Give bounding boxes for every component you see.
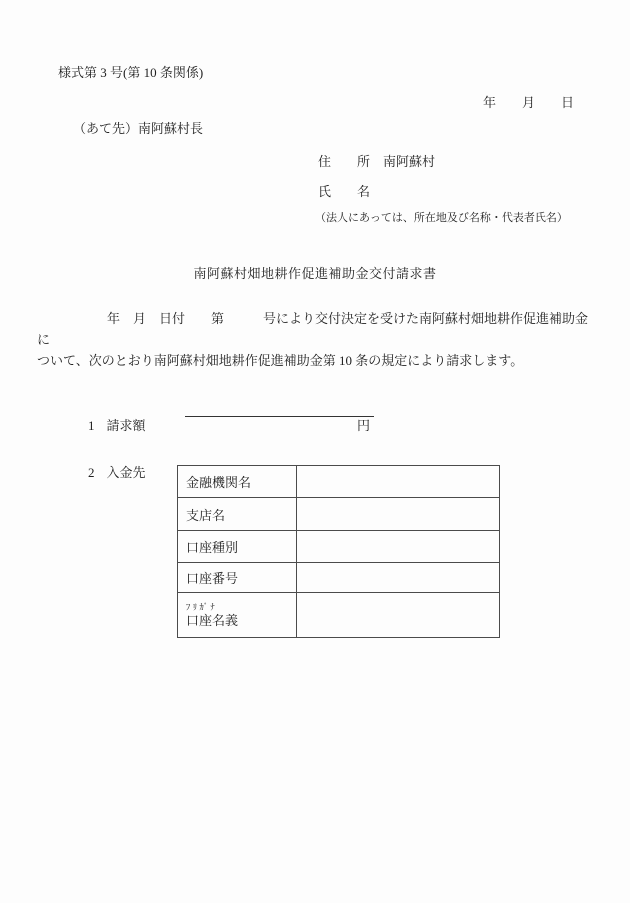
body-line-1: 年 月 日付 第 号により交付決定を受けた南阿蘇村畑地耕作促進補助金に	[37, 308, 597, 350]
claim-amount-blank-field: 円	[185, 399, 374, 417]
item-2-label: 入金先	[107, 465, 146, 480]
date-line: 年 月 日	[483, 92, 574, 111]
row-label-account-type: 口座種別	[178, 531, 297, 563]
currency-unit-label: 円	[357, 418, 370, 433]
row-label-account-holder: 口座名義	[186, 613, 292, 629]
body-line-2: ついて、次のとおり南阿蘇村畑地耕作促進補助金第 10 条の規定により請求します。	[37, 350, 597, 371]
document-page: 様式第 3 号(第 10 条関係) 年 月 日 （あて先）南阿蘇村長 住 所 南…	[0, 0, 630, 903]
row-value-account-holder	[297, 593, 500, 638]
table-row-account-holder: ﾌﾘｶﾞﾅ 口座名義	[178, 593, 500, 638]
addressee-line: （あて先）南阿蘇村長	[73, 118, 203, 137]
table-row-branch-name: 支店名	[178, 498, 500, 531]
row-label-account-holder-cell: ﾌﾘｶﾞﾅ 口座名義	[178, 593, 297, 638]
table-row-account-type: 口座種別	[178, 531, 500, 563]
row-value-account-number	[297, 563, 500, 593]
item-1-number: 1	[88, 418, 95, 433]
row-label-account-number: 口座番号	[178, 563, 297, 593]
applicant-name-line: 氏 名	[318, 181, 370, 200]
bank-account-table: 金融機関名 支店名 口座種別 口座番号 ﾌﾘｶﾞﾅ 口座名義	[177, 465, 500, 638]
table-row-financial-institution: 金融機関名	[178, 466, 500, 498]
row-value-branch-name	[297, 498, 500, 531]
item-2-payment-destination: 2入金先	[75, 446, 146, 497]
applicant-address-line: 住 所 南阿蘇村	[318, 151, 435, 170]
form-number: 様式第 3 号(第 10 条関係)	[58, 62, 203, 81]
item-1-claim-amount: 1請求額	[75, 399, 146, 450]
item-2-number: 2	[88, 465, 95, 480]
body-paragraph: 年 月 日付 第 号により交付決定を受けた南阿蘇村畑地耕作促進補助金に ついて、…	[37, 308, 597, 371]
table-row-account-number: 口座番号	[178, 563, 500, 593]
row-label-financial-institution: 金融機関名	[178, 466, 297, 498]
corporate-note: （法人にあっては、所在地及び名称・代表者氏名）	[315, 209, 568, 225]
document-title: 南阿蘇村畑地耕作促進補助金交付請求書	[0, 263, 630, 282]
row-label-branch-name: 支店名	[178, 498, 297, 531]
row-value-account-type	[297, 531, 500, 563]
item-1-label: 請求額	[107, 418, 146, 433]
furigana-label: ﾌﾘｶﾞﾅ	[186, 602, 292, 613]
row-value-financial-institution	[297, 466, 500, 498]
